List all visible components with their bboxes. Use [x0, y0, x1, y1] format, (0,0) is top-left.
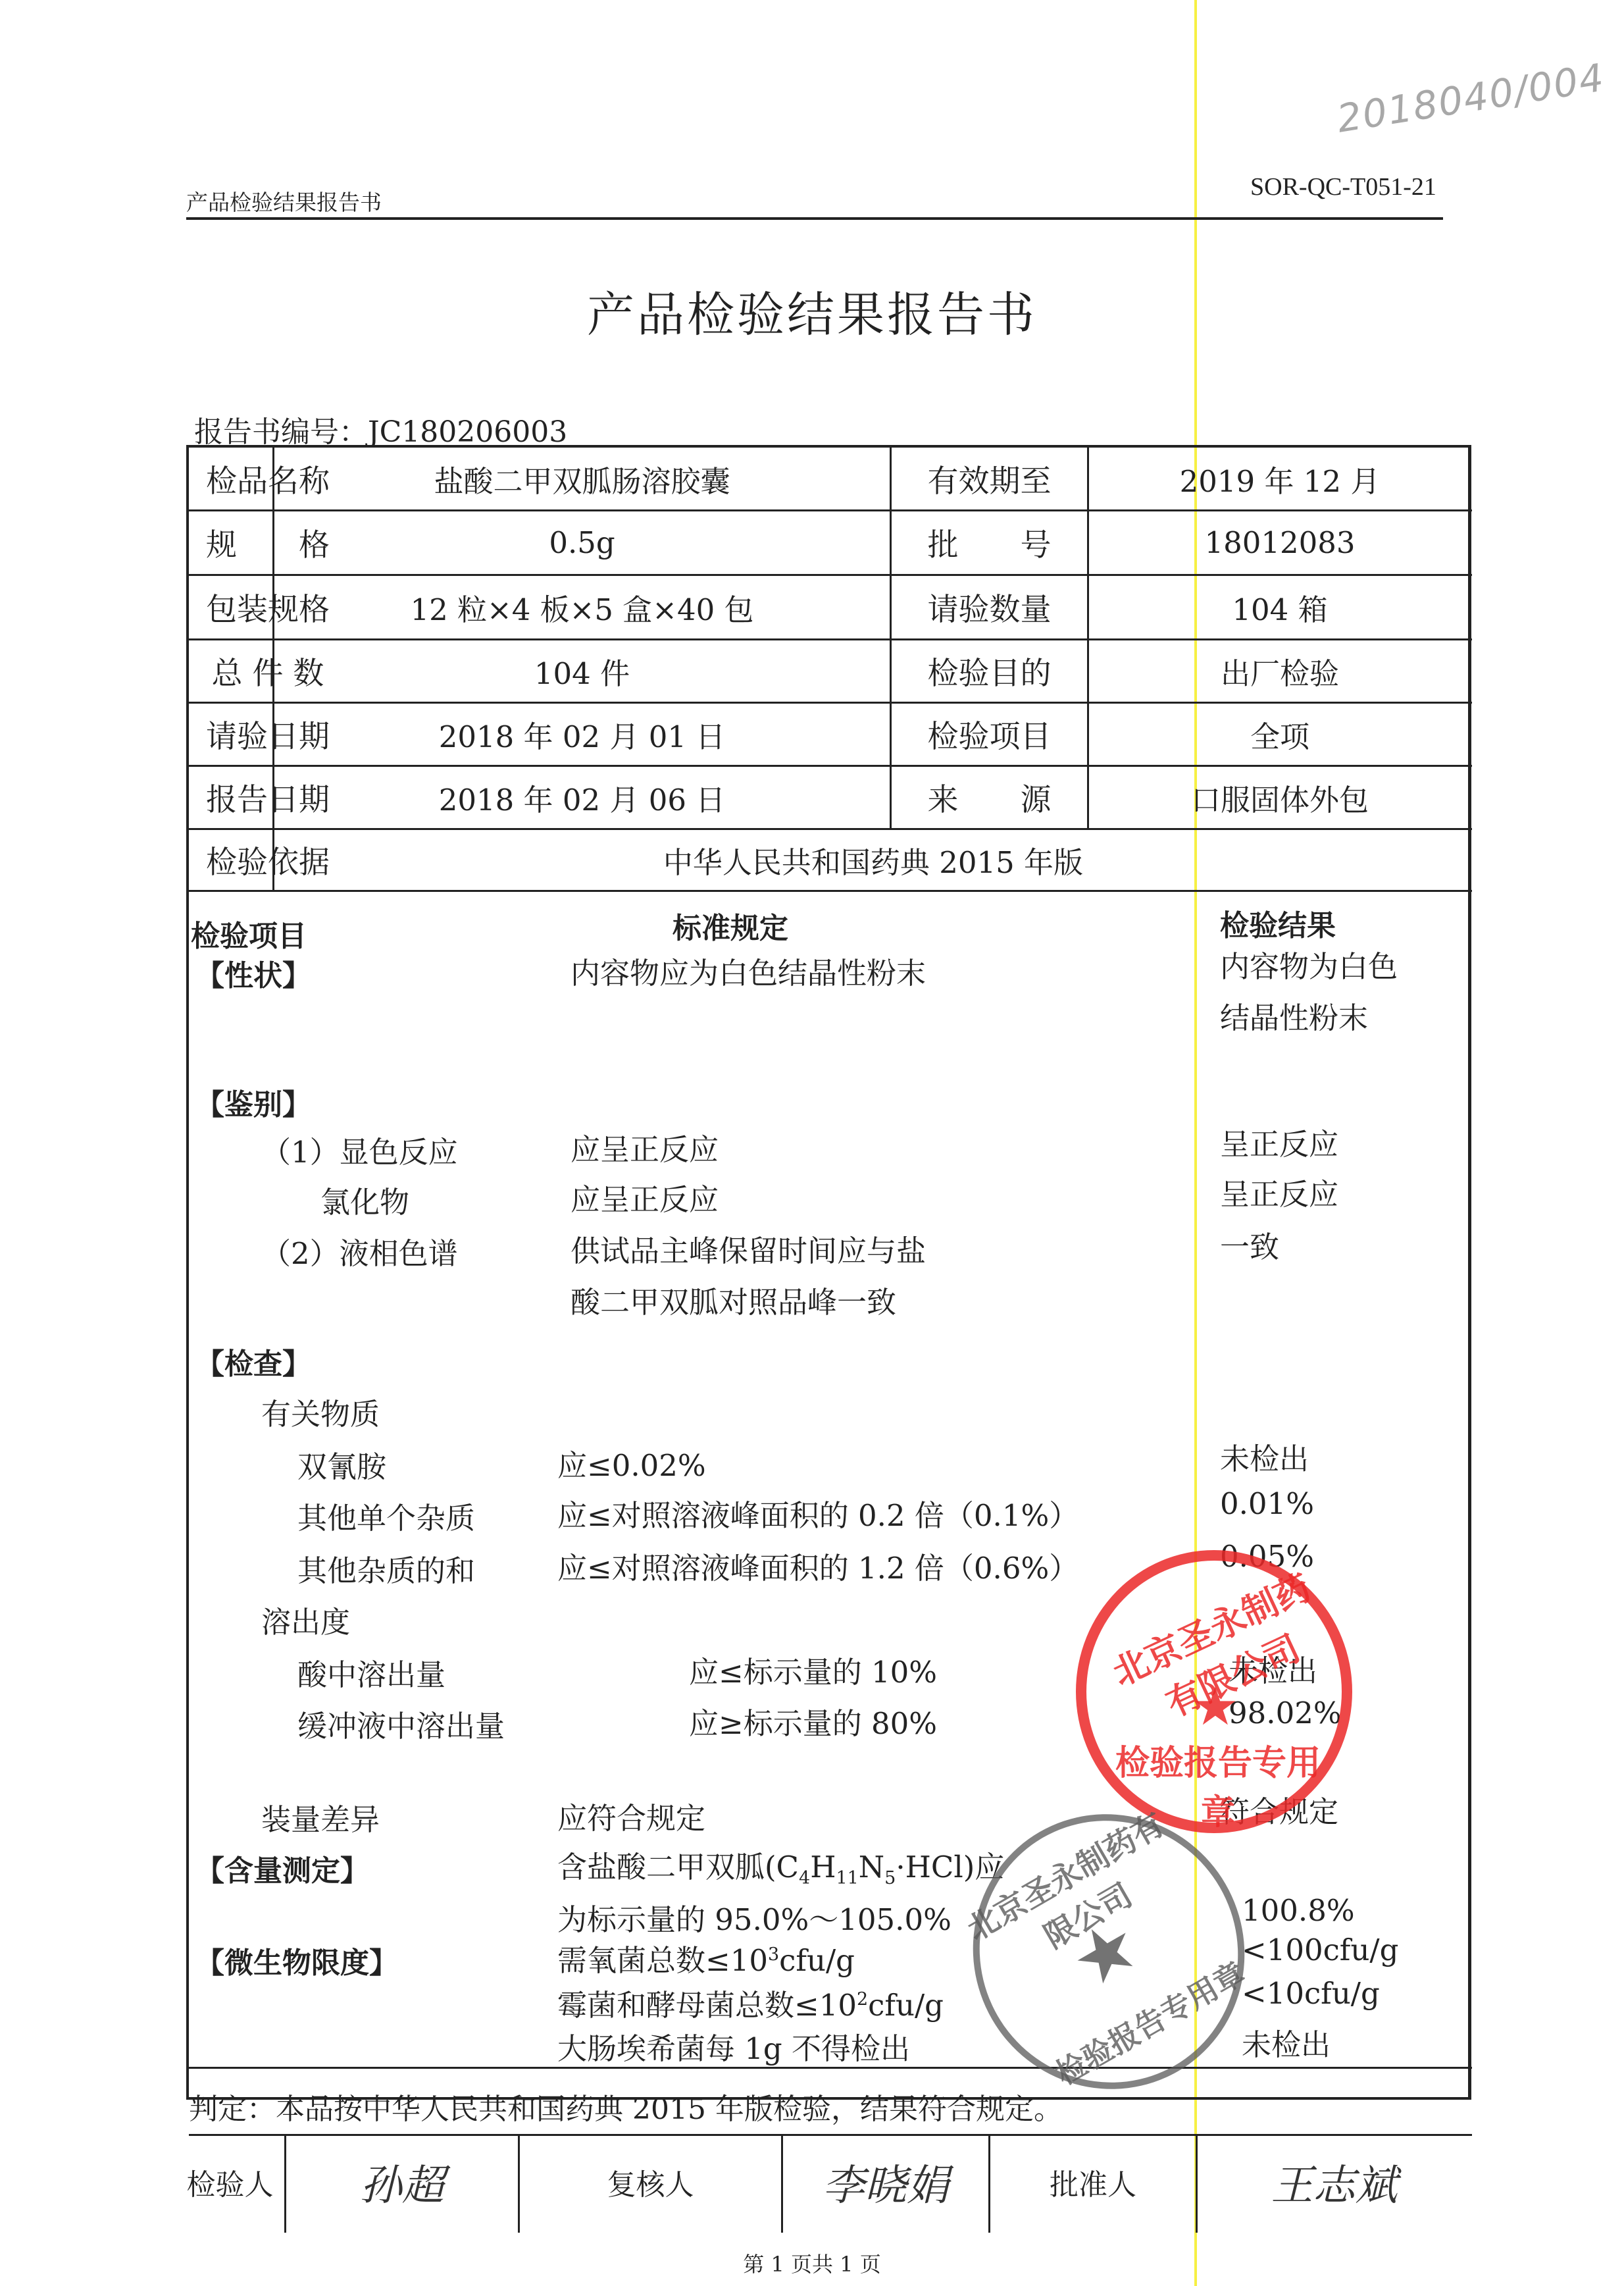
label-request-qty: 请验数量: [892, 576, 1087, 638]
item-color-reaction: （1）显色反应: [261, 1128, 458, 1171]
label-expiry: 有效期至: [892, 448, 1087, 509]
value-request-qty: 104 箱: [1089, 576, 1471, 638]
result-assay: 100.8%: [1242, 1893, 1355, 1928]
label-approver: 批准人: [990, 2136, 1196, 2228]
verdict: 判定：本品按中华人民共和国药典 2015 年版检验，结果符合规定。: [189, 2085, 1063, 2127]
value-request-date: 2018 年 02 月 01 日: [274, 704, 890, 765]
divider: [189, 2067, 1472, 2069]
standard-buffer-dissolution: 应≥标示量的 80%: [689, 1700, 937, 1742]
result-yeast-mold: <10cfu/g: [1242, 1976, 1380, 2011]
value-report-date: 2018 年 02 月 06 日: [274, 767, 890, 828]
standard-hplc-2: 酸二甲双胍对照品峰一致: [571, 1278, 896, 1321]
result-single-impurity: 0.01%: [1220, 1486, 1314, 1521]
section-identification: 【鉴别】: [195, 1081, 311, 1123]
item-total-impurities: 其他杂质的和: [297, 1547, 475, 1590]
header-doc-name: 产品检验结果报告书: [186, 186, 382, 217]
col-header-result: 检验结果: [1220, 902, 1336, 944]
label-source: 来 源: [892, 767, 1087, 828]
result-color-reaction: 呈正反应: [1220, 1120, 1338, 1163]
value-batch: 18012083: [1089, 511, 1471, 574]
item-buffer-dissolution: 缓冲液中溶出量: [297, 1702, 505, 1745]
standard-dicyandiamide: 应≤0.02%: [557, 1442, 706, 1484]
value-spec: 0.5g: [274, 511, 890, 574]
divider: [189, 890, 1472, 892]
value-product-name: 盐酸二甲双胍肠溶胶囊: [274, 448, 890, 509]
result-aerobic: <100cfu/g: [1242, 1933, 1398, 1967]
item-acid-dissolution: 酸中溶出量: [297, 1651, 445, 1694]
standard-hplc-1: 供试品主峰保留时间应与盐: [571, 1227, 926, 1270]
report-table: 检品名称 盐酸二甲双胍肠溶胶囊 有效期至 2019 年 12 月 规 格 0.5…: [186, 445, 1471, 2100]
subsection-related-substances: 有关物质: [261, 1390, 380, 1433]
item-dicyandiamide: 双氰胺: [297, 1443, 386, 1486]
standard-aerobic: 需氧菌总数≤103cfu/g: [557, 1936, 855, 1979]
signature-reviewer: 李晓娟: [783, 2136, 988, 2228]
result-ecoli: 未检出: [1242, 2021, 1331, 2064]
col-header-item: 检验项目: [191, 912, 307, 954]
standard-ecoli: 大肠埃希菌每 1g 不得检出: [557, 2025, 910, 2067]
value-test-items: 全项: [1089, 704, 1471, 765]
signature-approver: 王志斌: [1198, 2136, 1471, 2228]
section-assay: 【含量测定】: [195, 1847, 369, 1889]
section-microbial: 【微生物限度】: [195, 1939, 398, 1981]
label-batch: 批 号: [892, 511, 1087, 574]
standard-single-impurity: 应≤对照溶液峰面积的 0.2 倍（0.1%）: [557, 1492, 1078, 1534]
header-rule: [186, 217, 1443, 220]
result-chloride: 呈正反应: [1220, 1170, 1338, 1213]
item-hplc: （2）液相色谱: [261, 1230, 458, 1272]
label-inspector: 检验人: [176, 2136, 284, 2228]
col-header-standard: 标准规定: [672, 904, 788, 947]
star-icon: ★: [1192, 1676, 1239, 1737]
standard-total-impurities: 应≤对照溶液峰面积的 1.2 倍（0.6%）: [557, 1544, 1078, 1587]
header-doc-code: SOR-QC-T051-21: [1250, 172, 1436, 201]
value-purpose: 出厂检验: [1089, 640, 1471, 702]
page-footer: 第 1 页共 1 页: [0, 2248, 1624, 2278]
handwritten-note: 2018040/004: [1334, 55, 1608, 141]
result-character-1: 内容物为白色: [1220, 943, 1398, 985]
label-reviewer: 复核人: [520, 2136, 781, 2228]
page-title: 产品检验结果报告书: [0, 276, 1624, 345]
value-source: 口服固体外包: [1089, 767, 1471, 828]
report-number-value: JC180206003: [368, 415, 567, 449]
standard-assay-2: 为标示量的 95.0%～105.0%: [557, 1896, 952, 1938]
subsection-dissolution: 溶出度: [261, 1598, 350, 1641]
item-single-impurity: 其他单个杂质: [297, 1494, 475, 1537]
standard-fill-variation: 应符合规定: [557, 1794, 705, 1837]
red-seal-stamp: 北京圣永制药有限公司 ★ 检验报告专用章: [1076, 1550, 1352, 1833]
result-hplc: 一致: [1220, 1223, 1279, 1266]
standard-character: 内容物应为白色结晶性粉末: [571, 949, 926, 992]
standard-yeast-mold: 霉菌和酵母菌总数≤102cfu/g: [557, 1981, 944, 2024]
value-total-pieces: 104 件: [274, 640, 890, 702]
item-chloride: 氯化物: [320, 1178, 409, 1221]
standard-acid-dissolution: 应≤标示量的 10%: [689, 1648, 937, 1691]
value-basis: 中华人民共和国药典 2015 年版: [274, 830, 1472, 890]
standard-assay-1: 含盐酸二甲双胍(C4H11N5·HCl)应: [557, 1843, 1004, 1888]
value-packaging: 12 粒×4 板×5 盒×40 包: [274, 576, 890, 638]
report-number-label: 报告书编号：: [194, 415, 368, 449]
section-character: 【性状】: [195, 952, 311, 994]
item-fill-variation: 装量差异: [261, 1796, 380, 1838]
signature-inspector: 孙超: [286, 2136, 518, 2228]
standard-color-reaction: 应呈正反应: [571, 1126, 719, 1168]
value-expiry: 2019 年 12 月: [1089, 448, 1471, 509]
result-character-2: 结晶性粉末: [1220, 994, 1368, 1037]
section-inspection: 【检查】: [195, 1340, 311, 1382]
label-test-items: 检验项目: [892, 704, 1087, 765]
result-dicyandiamide: 未检出: [1220, 1435, 1309, 1478]
standard-chloride: 应呈正反应: [571, 1176, 719, 1218]
report-number: 报告书编号：JC180206003: [188, 408, 567, 450]
label-purpose: 检验目的: [892, 640, 1087, 702]
